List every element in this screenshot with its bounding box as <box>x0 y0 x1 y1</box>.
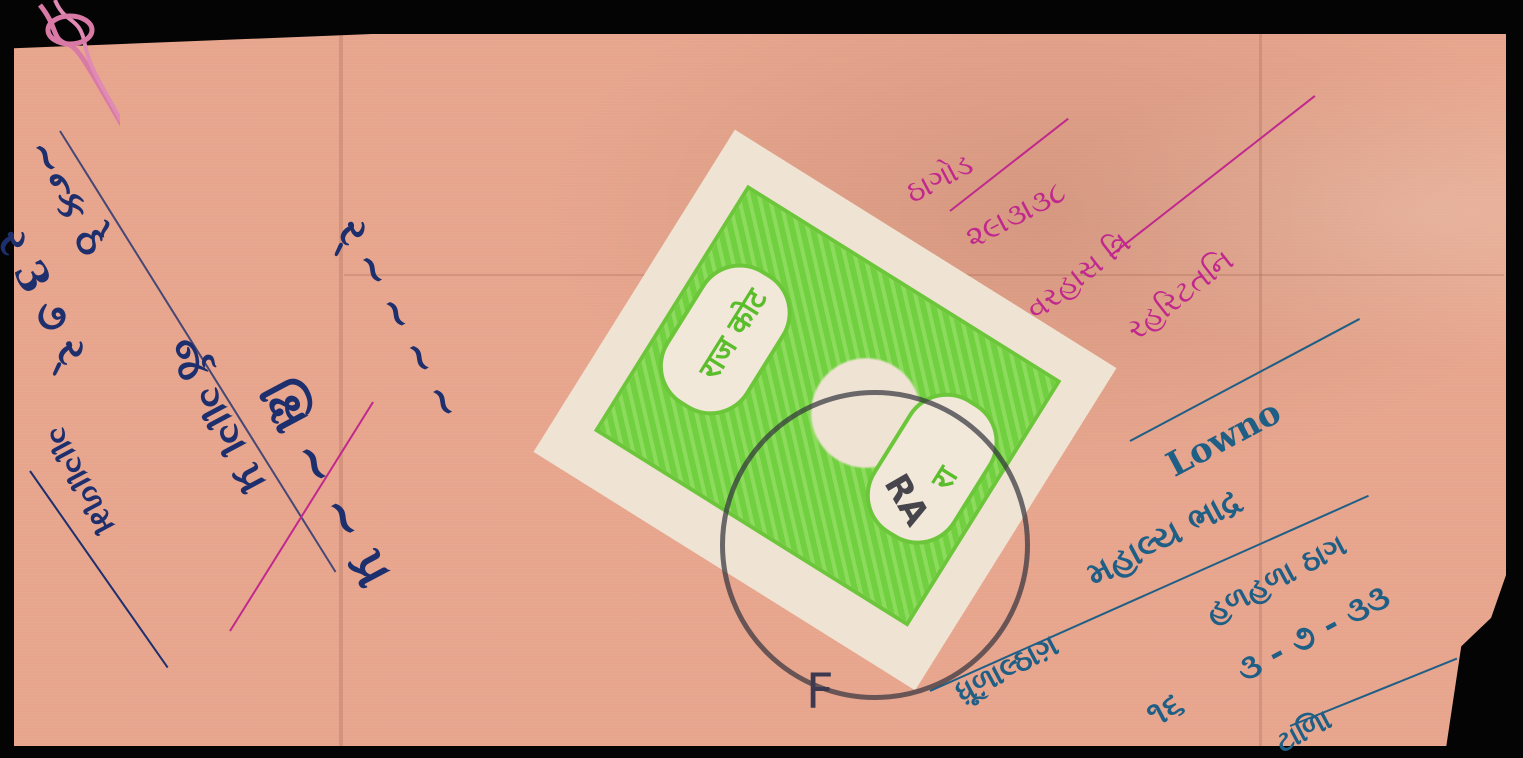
pencil-mark: F <box>806 664 834 720</box>
postmark-cancel <box>720 390 1030 700</box>
fold-line <box>339 34 343 746</box>
thread <box>30 0 120 130</box>
